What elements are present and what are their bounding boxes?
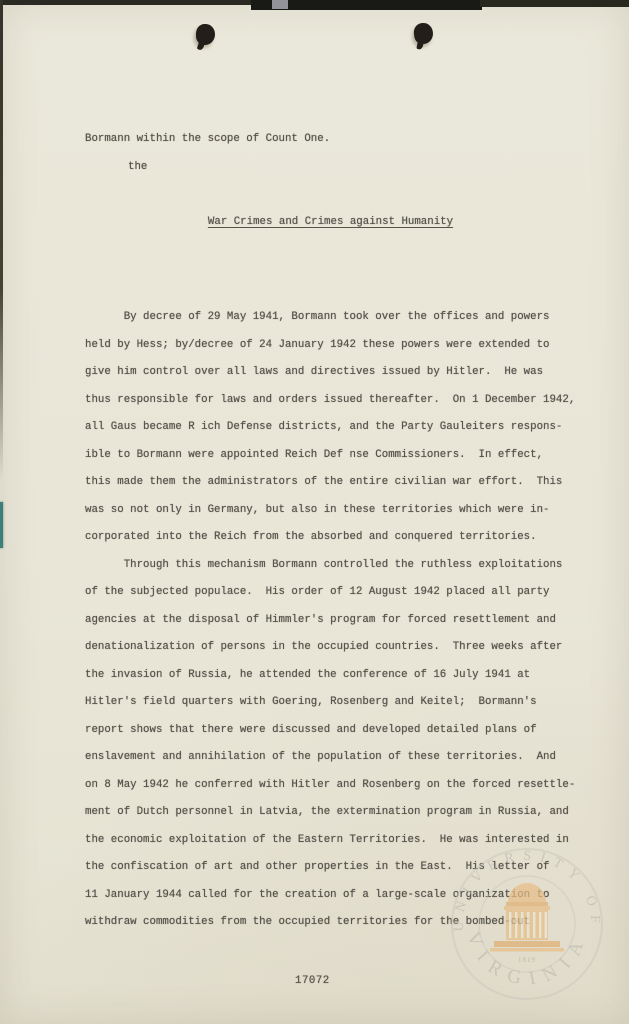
- typewritten-line: Through this mechanism Bormann controlle…: [85, 552, 576, 580]
- typewritten-line: Hitler's field quarters with Goering, Ro…: [85, 689, 576, 717]
- typewritten-line: give him control over all laws and direc…: [85, 359, 576, 387]
- typewritten-line: ible to Bormann were appointed Reich Def…: [85, 442, 576, 470]
- typewritten-line: thus responsible for laws and orders iss…: [85, 387, 576, 415]
- typewritten-line: of the subjected populace. His order of …: [85, 579, 576, 607]
- section-heading: War Crimes and Crimes against Humanity: [85, 209, 576, 237]
- seal-year: 1819: [518, 956, 536, 964]
- handwritten-insert-word: the: [128, 161, 147, 173]
- typewritten-line: denationalization of persons in the occu…: [85, 634, 576, 662]
- scanned-document: Bormann within the scope of Count One. W…: [0, 0, 629, 1024]
- typewritten-line: agencies at the disposal of Himmler's pr…: [85, 607, 576, 635]
- teal-edge-mark: [0, 502, 3, 548]
- binder-clip-mark: [272, 0, 288, 9]
- typewritten-line: was so not only in Germany, but also in …: [85, 497, 576, 525]
- page-number: 17072: [295, 975, 330, 987]
- typewritten-line: held by Hess; by/decree of 24 January 19…: [85, 332, 576, 360]
- typewritten-line: enslavement and annihilation of the popu…: [85, 744, 576, 772]
- typewritten-line: ment of Dutch personnel in Latvia, the e…: [85, 799, 576, 827]
- typewritten-line: all Gaus became R ich Defense districts,…: [85, 414, 576, 442]
- typewritten-line: corporated into the Reich from the absor…: [85, 524, 576, 552]
- typewritten-line: the invasion of Russia, he attended the …: [85, 662, 576, 690]
- typewritten-line: By decree of 29 May 1941, Bormann took o…: [85, 304, 576, 332]
- typewritten-line: this made them the administrators of the…: [85, 469, 576, 497]
- paragraphs: By decree of 29 May 1941, Bormann took o…: [85, 304, 576, 937]
- section-heading-text: War Crimes and Crimes against Humanity: [208, 216, 453, 228]
- rotunda-icon: [490, 883, 564, 951]
- scanner-edge-left: [0, 0, 3, 480]
- typewritten-line: on 8 May 1942 he conferred with Hitler a…: [85, 772, 576, 800]
- university-of-virginia-watermark: UNIVERSITY OF VIRGINIA 1819: [448, 845, 606, 1003]
- scanner-edge-bar-right: [480, 0, 629, 7]
- intro-line: Bormann within the scope of Count One.: [85, 126, 576, 154]
- typewritten-line: report shows that there were discussed a…: [85, 717, 576, 745]
